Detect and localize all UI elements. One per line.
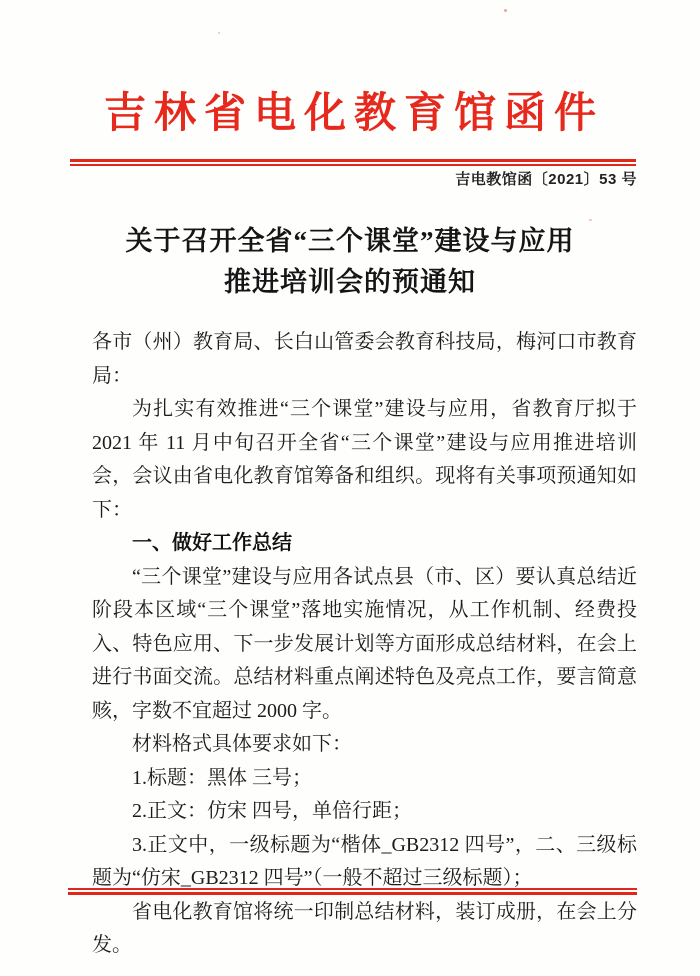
footer-rule-thick-bar (68, 892, 637, 895)
format-item-3: 3.正文中，一级标题为“楷体_GB2312 四号”，二、三级标题为“仿宋_GB2… (92, 829, 637, 896)
document-body: 各市（州）教育局、长白山管委会教育科技局，梅河口市教育局： 为扎实有效推进“三个… (92, 326, 637, 963)
section-heading-1: 一、做好工作总结 (92, 527, 637, 561)
document-page: 吉林省电化教育馆函件 吉电教馆函〔2021〕53 号 关于召开全省“三个课堂”建… (0, 0, 700, 976)
header-double-rule (70, 159, 636, 166)
document-title-line1: 关于召开全省“三个课堂”建设与应用 (126, 226, 575, 256)
format-item-1: 1.标题：黑体 三号； (92, 762, 637, 796)
scan-speck (218, 32, 220, 34)
header-rule-thin-bar (70, 164, 636, 166)
document-number: 吉电教馆函〔2021〕53 号 (455, 168, 637, 189)
footer-double-rule (68, 888, 637, 895)
closing-paragraph: 省电化教育馆将统一印制总结材料，装订成册，在会上分发。 (92, 896, 637, 963)
intro-paragraph: 为扎实有效推进“三个课堂”建设与应用，省教育厅拟于 2021 年 11 月中旬召… (92, 393, 637, 527)
document-title-line2: 推进培训会的预通知 (224, 267, 476, 297)
salutation-paragraph: 各市（州）教育局、长白山管委会教育科技局，梅河口市教育局： (92, 326, 637, 393)
document-title: 关于召开全省“三个课堂”建设与应用 推进培训会的预通知 (0, 221, 700, 303)
agency-letterhead-title: 吉林省电化教育馆函件 (0, 88, 700, 140)
scan-speck (504, 9, 507, 12)
format-item-2: 2.正文：仿宋 四号，单倍行距； (92, 795, 637, 829)
format-intro-paragraph: 材料格式具体要求如下： (92, 728, 637, 762)
summary-paragraph: “三个课堂”建设与应用各试点县（市、区）要认真总结近阶段本区域“三个课堂”落地实… (92, 561, 637, 729)
